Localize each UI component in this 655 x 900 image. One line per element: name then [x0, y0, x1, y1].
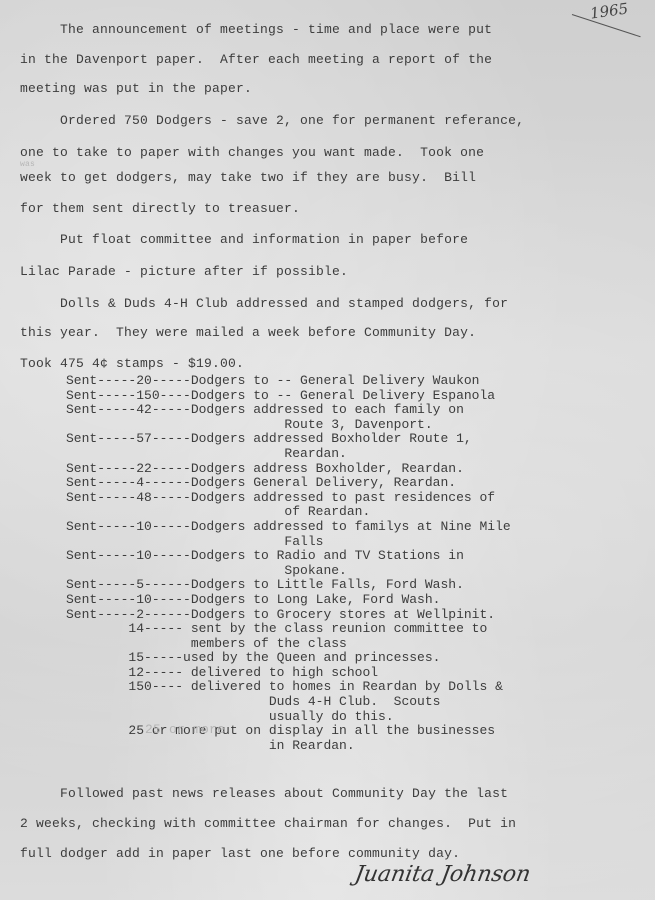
list-item: Reardan. — [66, 447, 511, 462]
list-item: Sent-----48-----Dodgers addressed to pas… — [66, 491, 511, 506]
list-item: 14----- sent by the class reunion commit… — [66, 622, 511, 637]
list-item: Sent-----10-----Dodgers addressed to fam… — [66, 520, 511, 535]
list-item: 12----- delivered to high school — [66, 666, 511, 681]
list-item: 15-----used by the Queen and princesses. — [66, 651, 511, 666]
text-line: week to get dodgers, may take two if the… — [20, 170, 476, 185]
list-item: 150---- delivered to homes in Reardan by… — [66, 680, 511, 695]
list-item: Sent-----4------Dodgers General Delivery… — [66, 476, 511, 491]
list-item: Sent-----10-----Dodgers to Long Lake, Fo… — [66, 593, 511, 608]
list-item: Sent-----10-----Dodgers to Radio and TV … — [66, 549, 511, 564]
list-item: in Reardan. — [66, 739, 511, 754]
list-item: of Reardan. — [66, 505, 511, 520]
text-line: one to take to paper with changes you wa… — [20, 145, 484, 160]
text-line: Took 475 4¢ stamps - $19.00. — [20, 356, 244, 371]
typed-document-page: 1965 The announcement of meetings - time… — [0, 0, 655, 900]
text-line: Dolls & Duds 4-H Club addressed and stam… — [20, 296, 508, 311]
list-item: Falls — [66, 535, 511, 550]
list-item: Sent-----22-----Dodgers address Boxholde… — [66, 462, 511, 477]
text-line: The announcement of meetings - time and … — [20, 22, 492, 37]
text-line: this year. They were mailed a week befor… — [20, 325, 476, 340]
list-item: 25 or more put on display in all the bus… — [66, 724, 511, 739]
text-line: full dodger add in paper last one before… — [20, 846, 460, 861]
list-item: Sent-----150----Dodgers to -- General De… — [66, 389, 511, 404]
list-item: Sent-----5------Dodgers to Little Falls,… — [66, 578, 511, 593]
list-item: Sent-----42-----Dodgers addressed to eac… — [66, 403, 511, 418]
list-item: members of the class — [66, 637, 511, 652]
text-line: for them sent directly to treasuer. — [20, 201, 300, 216]
text-line: in the Davenport paper. After each meeti… — [20, 52, 492, 67]
list-item: Sent-----2------Dodgers to Grocery store… — [66, 608, 511, 623]
text-line: Put float committee and information in p… — [20, 232, 468, 247]
text-line: Ordered 750 Dodgers - save 2, one for pe… — [20, 113, 524, 128]
text-line: meeting was put in the paper. — [20, 81, 252, 96]
list-item: Route 3, Davenport. — [66, 418, 511, 433]
list-item: Duds 4-H Club. Scouts — [66, 695, 511, 710]
text-line: Lilac Parade - picture after if possible… — [20, 264, 348, 279]
list-item: Sent-----20-----Dodgers to -- General De… — [66, 374, 511, 389]
dodger-distribution-list: Sent-----20-----Dodgers to -- General De… — [66, 374, 511, 753]
list-item: usually do this. — [66, 710, 511, 725]
text-line: 2 weeks, checking with committee chairma… — [20, 816, 516, 831]
list-item: Spokane. — [66, 564, 511, 579]
handwritten-year: 1965 — [589, 0, 629, 23]
handwritten-signature: Juanita Johnson — [353, 862, 533, 887]
strikeover-text: was — [20, 160, 35, 169]
text-line: Followed past news releases about Commun… — [20, 786, 508, 801]
list-item: Sent-----57-----Dodgers addressed Boxhol… — [66, 432, 511, 447]
